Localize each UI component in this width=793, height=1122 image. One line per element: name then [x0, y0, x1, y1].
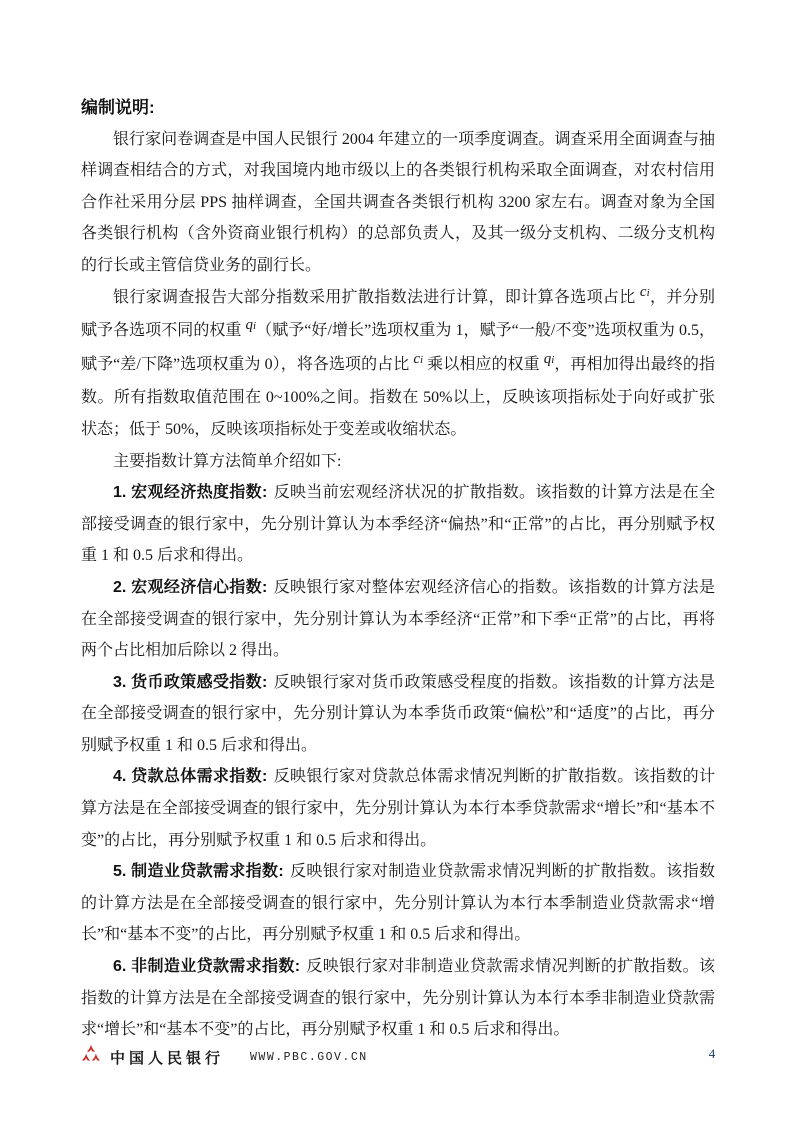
paragraph-intro-line: 主要指数计算方法简单介绍如下:	[81, 446, 715, 478]
pbc-bank-logo-icon	[81, 1044, 101, 1070]
index-item-label: 2. 宏观经济信心指数:	[113, 579, 267, 596]
index-item-label: 6. 非制造业贷款需求指数:	[113, 958, 300, 975]
index-item: 1. 宏观经济热度指数:反映当前宏观经济状况的扩散指数。该指数的计算方法是在全部…	[81, 477, 715, 572]
paragraph-methodology: 银行家调查报告大部分指数采用扩散指数法进行计算，即计算各选项占比 ci，并分别赋…	[81, 282, 715, 446]
index-item: 2. 宏观经济信心指数:反映银行家对整体宏观经济信心的指数。该指数的计算方法是在…	[81, 572, 715, 667]
document-page: 编制说明: 银行家问卷调查是中国人民银行 2004 年建立的一项季度调查。调查采…	[0, 0, 793, 1122]
index-item-label: 4. 贷款总体需求指数:	[113, 768, 267, 785]
index-item-label: 5. 制造业贷款需求指数:	[113, 863, 284, 880]
bank-name: 中国人民银行	[110, 1047, 224, 1068]
math-variable-q-i: qi	[246, 316, 257, 333]
page-number: 4	[702, 1046, 722, 1062]
index-item-label: 1. 宏观经济热度指数:	[113, 484, 267, 501]
index-item: 5. 制造业贷款需求指数:反映银行家对制造业贷款需求情况判断的扩散指数。该指数的…	[81, 856, 715, 951]
index-item: 6. 非制造业贷款需求指数:反映银行家对非制造业贷款需求情况判断的扩散指数。该指…	[81, 951, 715, 1046]
math-variable-c-i: ci	[413, 350, 423, 367]
index-item: 4. 贷款总体需求指数:反映银行家对贷款总体需求情况判断的扩散指数。该指数的计算…	[81, 761, 715, 856]
math-variable-c-i: ci	[640, 283, 650, 300]
math-variable-q-i: qi	[544, 350, 555, 367]
section-heading: 编制说明:	[81, 92, 715, 124]
paragraph-survey-overview: 银行家问卷调查是中国人民银行 2004 年建立的一项季度调查。调查采用全面调查与…	[81, 124, 715, 282]
index-item-label: 3. 货币政策感受指数:	[113, 674, 267, 691]
bank-website: WWW.PBC.GOV.CN	[250, 1051, 368, 1064]
index-items-list: 1. 宏观经济热度指数:反映当前宏观经济状况的扩散指数。该指数的计算方法是在全部…	[81, 477, 715, 1046]
document-content: 编制说明: 银行家问卷调查是中国人民银行 2004 年建立的一项季度调查。调查采…	[81, 92, 715, 1046]
index-item: 3. 货币政策感受指数:反映银行家对货币政策感受程度的指数。该指数的计算方法是在…	[81, 667, 715, 762]
page-footer: 中国人民银行 WWW.PBC.GOV.CN	[81, 1042, 368, 1072]
